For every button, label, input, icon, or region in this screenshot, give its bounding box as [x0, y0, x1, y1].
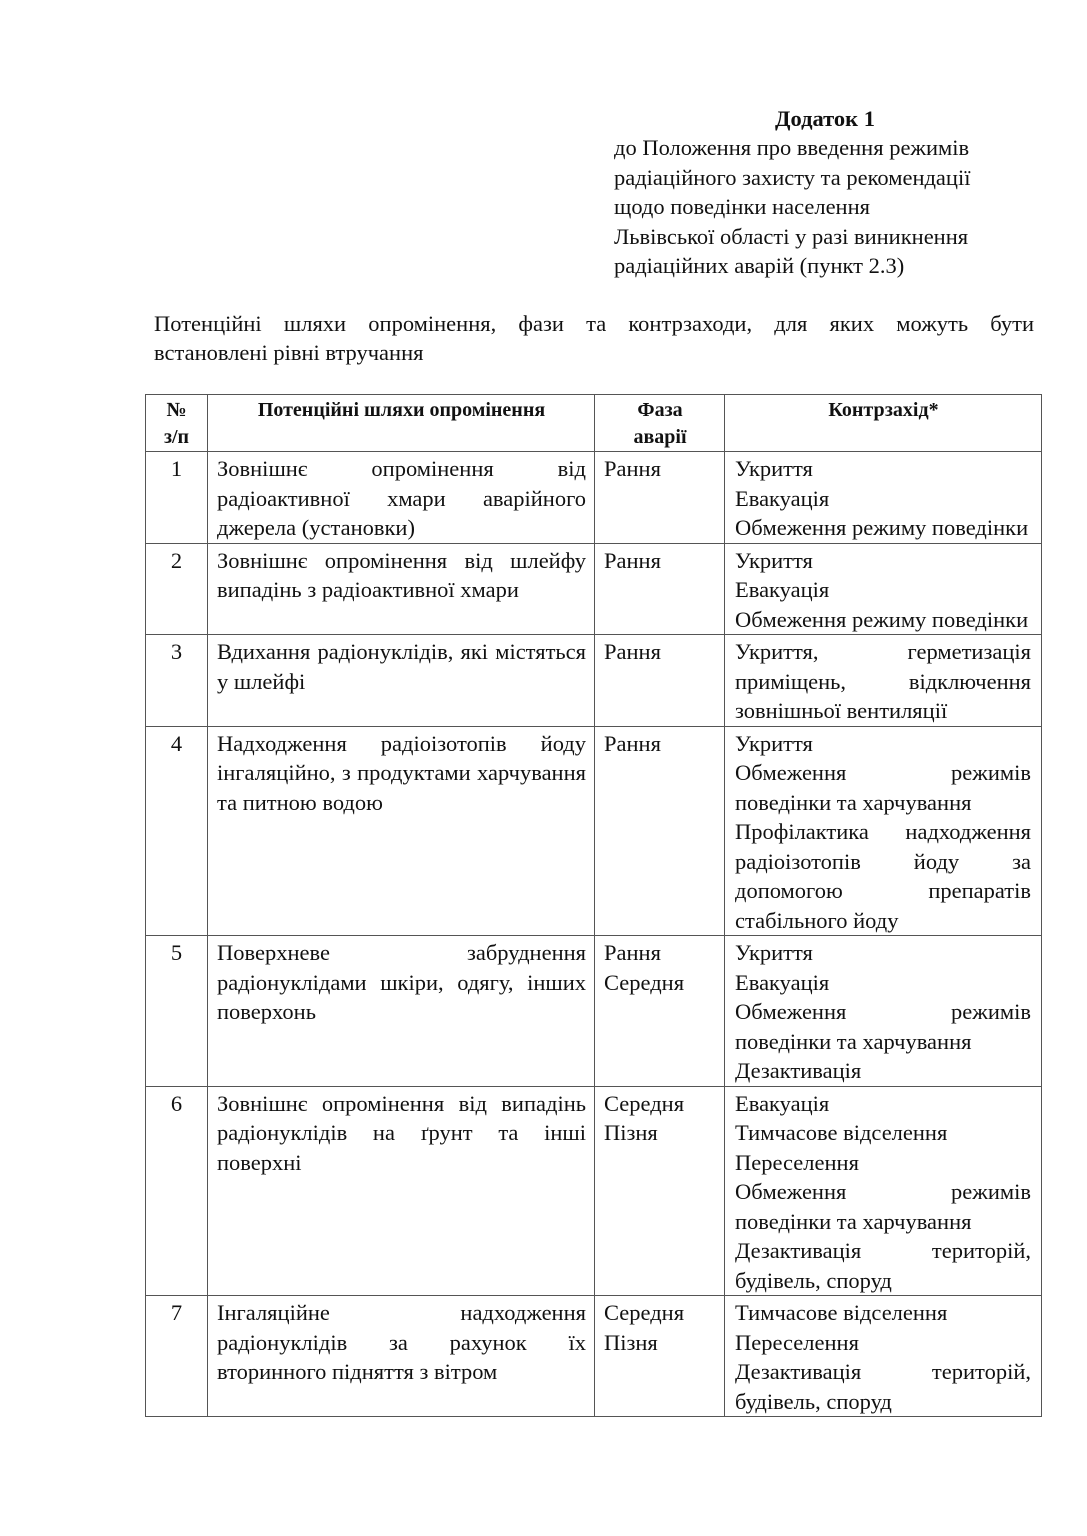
- countermeasure-cell: УкриттяЕвакуаціяОбмеження режимів поведі…: [725, 936, 1042, 1087]
- table-row: 5Поверхневе забруднення радіонуклідами ш…: [146, 936, 1042, 1087]
- row-number: 4: [146, 726, 208, 936]
- row-number: 2: [146, 543, 208, 635]
- exposure-pathways-table: № з/п Потенційні шляхи опромінення Фаза …: [145, 394, 1042, 1417]
- table-row: 6Зовнішнє опромінення від випадінь радіо…: [146, 1086, 1042, 1296]
- phase-cell: Рання: [595, 543, 725, 635]
- phase-value: Рання: [604, 454, 720, 484]
- appendix-subtitle-line: до Положення про введення режимів: [614, 133, 1054, 162]
- appendix-subtitle-line: радіаційних аварій (пункт 2.3): [614, 251, 1054, 280]
- intro-paragraph: Потенційні шляхи опромінення, фази та ко…: [154, 309, 1034, 367]
- countermeasure-item: Укриття: [735, 546, 1031, 576]
- phase-value: Пізня: [604, 1328, 720, 1358]
- header-phase: Фаза аварії: [595, 395, 725, 452]
- countermeasure-cell: Укриття, герметизація приміщень, відключ…: [725, 635, 1042, 727]
- table-row: 7Інгаляційне надходження радіонуклідів з…: [146, 1296, 1042, 1417]
- phase-value: Середня: [604, 1089, 720, 1119]
- countermeasure-item: Обмеження режиму поведінки: [735, 513, 1031, 543]
- table-row: 1Зовнішнє опромінення від радіоактивної …: [146, 452, 1042, 544]
- appendix-subtitle-line: радіаційного захисту та рекомендації: [614, 163, 1054, 192]
- phase-value: Пізня: [604, 1118, 720, 1148]
- exposure-path-cell: Поверхневе забруднення радіонуклідами шк…: [208, 936, 595, 1087]
- countermeasure-cell: ЕвакуаціяТимчасове відселенняПереселення…: [725, 1086, 1042, 1296]
- countermeasure-item: Укриття, герметизація приміщень, відключ…: [735, 637, 1031, 726]
- exposure-path-cell: Інгаляційне надходження радіонуклідів за…: [208, 1296, 595, 1417]
- appendix-header: Додаток 1 до Положення про введення режи…: [614, 104, 1054, 280]
- table-row: 3Вдихання радіонуклідів, які містяться у…: [146, 635, 1042, 727]
- countermeasure-item: Евакуація: [735, 1089, 1031, 1119]
- phase-value: Середня: [604, 1298, 720, 1328]
- appendix-title: Додаток 1: [614, 104, 1036, 133]
- exposure-path-cell: Вдихання радіонуклідів, які містяться у …: [208, 635, 595, 727]
- countermeasure-item: Евакуація: [735, 968, 1031, 998]
- countermeasure-cell: УкриттяОбмеження режимів поведінки та ха…: [725, 726, 1042, 936]
- countermeasure-item: Укриття: [735, 729, 1031, 759]
- intro-line-2: встановлені рівні втручання: [154, 340, 423, 365]
- countermeasure-cell: УкриттяЕвакуаціяОбмеження режиму поведін…: [725, 452, 1042, 544]
- row-number: 7: [146, 1296, 208, 1417]
- intro-line-1: Потенційні шляхи опромінення, фази та ко…: [154, 309, 1034, 338]
- table-row: 4Надходження радіоізотопів йоду інгаляці…: [146, 726, 1042, 936]
- countermeasure-cell: Тимчасове відселенняПереселенняДезактива…: [725, 1296, 1042, 1417]
- countermeasure-item: Переселення: [735, 1328, 1031, 1358]
- phase-value: Рання: [604, 637, 720, 667]
- countermeasure-item: Укриття: [735, 454, 1031, 484]
- appendix-subtitle-line: щодо поведінки населення: [614, 192, 1054, 221]
- countermeasure-cell: УкриттяЕвакуаціяОбмеження режиму поведін…: [725, 543, 1042, 635]
- countermeasure-item: Дезактивація: [735, 1056, 1031, 1086]
- countermeasure-item: Обмеження режиму поведінки: [735, 605, 1031, 635]
- row-number: 3: [146, 635, 208, 727]
- exposure-path-cell: Зовнішнє опромінення від випадінь радіон…: [208, 1086, 595, 1296]
- row-number: 5: [146, 936, 208, 1087]
- table-row: 2Зовнішнє опромінення від шлейфу випадін…: [146, 543, 1042, 635]
- phase-cell: СередняПізня: [595, 1086, 725, 1296]
- exposure-path-cell: Зовнішнє опромінення від радіоактивної х…: [208, 452, 595, 544]
- appendix-subtitle-line: Львівської області у разі виникнення: [614, 222, 1054, 251]
- countermeasure-item: Дезактивація територій, будівель, споруд: [735, 1357, 1031, 1416]
- exposure-path-cell: Надходження радіоізотопів йоду інгаляцій…: [208, 726, 595, 936]
- countermeasure-item: Евакуація: [735, 575, 1031, 605]
- header-number: № з/п: [146, 395, 208, 452]
- phase-value: Рання: [604, 938, 720, 968]
- countermeasure-item: Тимчасове відселення: [735, 1118, 1031, 1148]
- phase-value: Рання: [604, 729, 720, 759]
- phase-cell: Рання: [595, 452, 725, 544]
- countermeasure-item: Профілактика надходження радіоізотопів й…: [735, 817, 1031, 935]
- table-header-row: № з/п Потенційні шляхи опромінення Фаза …: [146, 395, 1042, 452]
- countermeasure-item: Обмеження режимів поведінки та харчуванн…: [735, 758, 1031, 817]
- exposure-path-cell: Зовнішнє опромінення від шлейфу випадінь…: [208, 543, 595, 635]
- header-countermeasure: Контрзахід*: [725, 395, 1042, 452]
- table-body: 1Зовнішнє опромінення від радіоактивної …: [146, 452, 1042, 1417]
- phase-cell: СередняПізня: [595, 1296, 725, 1417]
- row-number: 1: [146, 452, 208, 544]
- countermeasure-item: Дезактивація територій, будівель, споруд: [735, 1236, 1031, 1295]
- phase-cell: РанняСередня: [595, 936, 725, 1087]
- countermeasure-item: Укриття: [735, 938, 1031, 968]
- countermeasure-item: Евакуація: [735, 484, 1031, 514]
- countermeasure-item: Переселення: [735, 1148, 1031, 1178]
- phase-value: Рання: [604, 546, 720, 576]
- countermeasure-item: Тимчасове відселення: [735, 1298, 1031, 1328]
- countermeasure-item: Обмеження режимів поведінки та харчуванн…: [735, 1177, 1031, 1236]
- header-path: Потенційні шляхи опромінення: [208, 395, 595, 452]
- row-number: 6: [146, 1086, 208, 1296]
- countermeasure-item: Обмеження режимів поведінки та харчуванн…: [735, 997, 1031, 1056]
- phase-value: Середня: [604, 968, 720, 998]
- phase-cell: Рання: [595, 635, 725, 727]
- phase-cell: Рання: [595, 726, 725, 936]
